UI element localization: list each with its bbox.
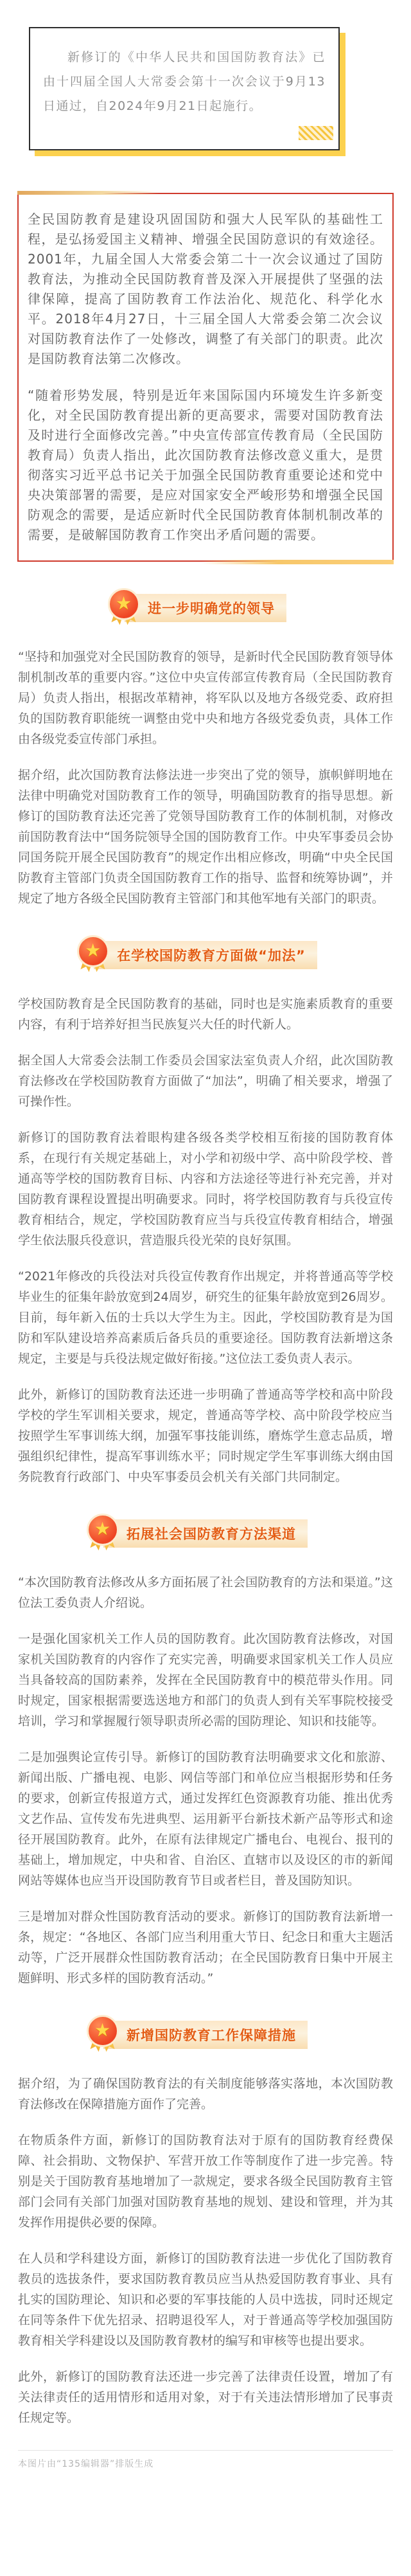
- quote-paragraph: 全民国防教育是建设巩固国防和强大人民军队的基础性工程，是弘扬爱国主义精神、增强全…: [28, 210, 383, 369]
- footer-note: 本图片由“135编辑器”排版生成: [18, 2459, 153, 2469]
- section-header-safeguard-measures: ★ 新增国防教育工作保障措施: [18, 2021, 393, 2049]
- quote-box: 全民国防教育是建设巩固国防和强大人民军队的基础性工程，是弘扬爱国主义精神、增强全…: [17, 193, 394, 562]
- paragraph: 此外，新修订的国防教育法还进一步完善了法律责任设置，增加了有关法律责任的适用情形…: [18, 2366, 393, 2428]
- gold-corner-accent-top: [17, 191, 159, 195]
- intro-text: 新修订的《中华人民共和国国防教育法》已由十四届全国人大常委会第十一次会议于9月1…: [43, 45, 326, 118]
- medal-star-icon: ★: [77, 935, 109, 975]
- paragraph: 二是加强舆论宣传引导。新修订的国防教育法明确要求文化和旅游、新闻出版、广播电视、…: [18, 1747, 393, 1891]
- article-page: 新修订的《中华人民共和国国防教育法》已由十四届全国人大常委会第十一次会议于9月1…: [0, 0, 411, 2496]
- medal-star-icon: ★: [108, 588, 140, 628]
- paragraph: 据全国人大常委会法制工作委员会国家法室负责人介绍，此次国防教育法修改在学校国防教…: [18, 1050, 393, 1112]
- section-title: 新增国防教育工作保障措施: [127, 2028, 296, 2043]
- diagonal-stripes-decoration: [299, 126, 333, 140]
- section-title-badge: ★ 拓展社会国防教育方法渠道: [103, 1519, 308, 1548]
- paragraph: 一是强化国家机关工作人员的国防教育。此次国防教育法修改，对国家机关国防教育的内容…: [18, 1629, 393, 1731]
- section-title: 进一步明确党的领导: [148, 601, 275, 616]
- section-title-badge: ★ 新增国防教育工作保障措施: [103, 2021, 308, 2049]
- medal-star-icon: ★: [87, 1514, 119, 1553]
- article-body: ★ 进一步明确党的领导 “坚持和加强党对全民国防教育的领导，是新时代全民国防教育…: [18, 594, 393, 2428]
- medal-star-icon: ★: [87, 2015, 119, 2055]
- paragraph: 在物质条件方面，新修订的国防教育法对于原有的国防教育经费保障、社会捐助、文物保护…: [18, 2130, 393, 2233]
- paragraph: 学校国防教育是全民国防教育的基础，同时也是实施素质教育的重要内容，有利于培养好担…: [18, 994, 393, 1035]
- paragraph: 三是增加对群众性国防教育活动的要求。新修订的国防教育法新增一条，规定：“各地区、…: [18, 1906, 393, 1989]
- gold-corner-accent-bottom: [201, 560, 394, 564]
- section-title-badge: ★ 在学校国防教育方面做“加法”: [94, 941, 317, 969]
- footer: 本图片由“135编辑器”排版生成: [18, 2450, 393, 2496]
- section-header-party-leadership: ★ 进一步明确党的领导: [18, 594, 393, 622]
- paragraph: 据介绍，此次国防教育法修法进一步突出了党的领导，旗帜鲜明地在法律中明确党对国防教…: [18, 765, 393, 909]
- section-title: 拓展社会国防教育方法渠道: [127, 1526, 296, 1542]
- paragraph: 据介绍，为了确保国防教育法的有关制度能够落实落地，本次国防教育法修改在保障措施方…: [18, 2073, 393, 2115]
- section-header-school-education: ★ 在学校国防教育方面做“加法”: [18, 941, 393, 969]
- section-title: 在学校国防教育方面做“加法”: [117, 948, 306, 963]
- paragraph: “坚持和加强党对全民国防教育的领导，是新时代全民国防教育领导体制机制改革的重要内…: [18, 647, 393, 749]
- paragraph: “2021年修改的兵役法对兵役宣传教育作出规定，并将普通高等学校毕业生的征集年龄…: [18, 1266, 393, 1369]
- paragraph: “本次国防教育法修改从多方面拓展了社会国防教育的方法和渠道。”这位法工委负责人介…: [18, 1572, 393, 1613]
- intro-highlight-box: 新修订的《中华人民共和国国防教育法》已由十四届全国人大常委会第十一次会议于9月1…: [29, 27, 340, 150]
- quote-paragraph: “随着形势发展，特别是近年来国际国内环境发生许多新变化，对全民国防教育提出新的更…: [28, 386, 383, 545]
- section-header-social-education: ★ 拓展社会国防教育方法渠道: [18, 1519, 393, 1548]
- section-title-badge: ★ 进一步明确党的领导: [125, 594, 286, 622]
- paragraph: 新修订的国防教育法着眼构建各级各类学校相互衔接的国防教育体系，在现行有关规定基础…: [18, 1127, 393, 1251]
- paragraph: 此外，新修订的国防教育法还进一步明确了普通高等学校和高中阶段学校的学生军训相关要…: [18, 1384, 393, 1487]
- paragraph: 在人员和学科建设方面，新修订的国防教育法进一步优化了国防教育教员的选拔条件，要求…: [18, 2248, 393, 2351]
